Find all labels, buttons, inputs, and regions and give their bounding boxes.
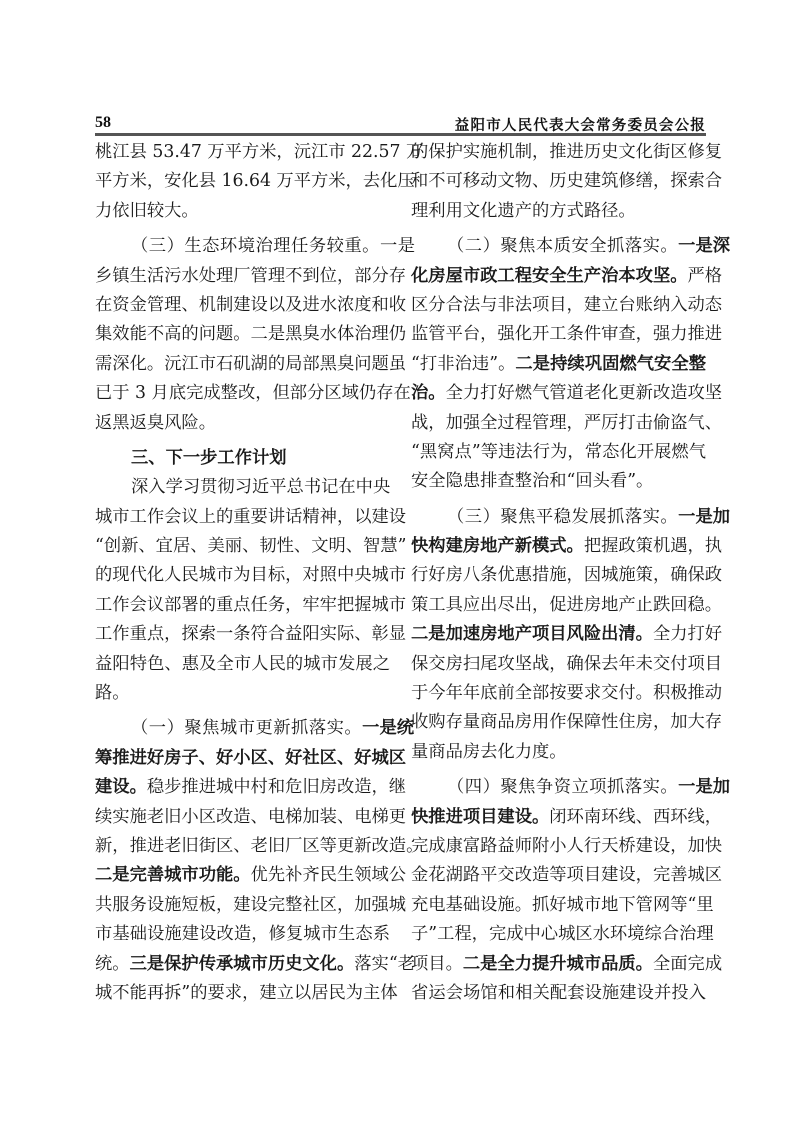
text-line: 充电基础设施。抓好城市地下管网等“里 [411, 891, 706, 920]
bold-phrase: 建设。 [95, 777, 147, 797]
bold-phrase: 三是保护传承城市历史文化。 [130, 954, 355, 974]
text-line: 收购存量商品房用作保障性住房，加大存 [411, 708, 706, 737]
text-line: 工作重点，探索一条符合益阳实际、彰显 [95, 620, 390, 649]
text-line: 省运会场馆和相关配套设施建设并投入 [411, 979, 706, 1008]
subsection-heading: （四）聚焦争资立项抓落实。 [447, 777, 678, 797]
text-line: 战，加强全过程管理，严厉打击偷盗气、 [411, 409, 706, 438]
text-line: 化房屋市政工程安全生产治本攻坚。严格 [411, 262, 706, 291]
subsection-heading: （三）聚焦平稳发展抓落实。 [447, 507, 678, 527]
text-line: 快构建房地产新模式。把握政策机遇，执 [411, 532, 706, 561]
text-line: 平方米，安化县 16.64 万平方米，去化压 [95, 167, 390, 196]
text-span: 把握政策机遇，执 [584, 536, 722, 556]
text-line: 行好房八条优惠措施，因城施策，确保政 [411, 561, 706, 590]
text-line: “打非治违”。二是持续巩固燃气安全整 [411, 350, 706, 379]
journal-title: 益阳市人民代表大会常务委员会公报 [455, 114, 706, 135]
text-span: 全力打好燃气管道老化更新改造攻坚 [446, 383, 723, 403]
bold-phrase: 快推进项目建设。 [411, 807, 549, 827]
section-heading-3: （三）生态环境治理任务较重。一是 [95, 232, 390, 261]
text-span: 落实“老 [354, 954, 415, 974]
text-line: （三）聚焦平稳发展抓落实。一是加 [411, 503, 706, 532]
text-line: 深入学习贯彻习近平总书记在中央 [95, 473, 390, 502]
page-header: 58 益阳市人民代表大会常务委员会公报 [95, 112, 706, 134]
text-line: 安全隐患排查整治和“回头看”。 [411, 467, 706, 496]
text-line: 二是加速房地产项目风险出清。全力打好 [411, 620, 706, 649]
bold-phrase: 一是统 [362, 718, 414, 738]
section-heading: 三、下一步工作计划 [95, 444, 390, 473]
text-line: 在资金管理、机制建设以及进水浓度和收 [95, 291, 390, 320]
text-span: 优先补齐民生领域公 [251, 865, 407, 885]
text-line: 力依旧较大。 [95, 197, 390, 226]
text-line: 返黑返臭风险。 [95, 409, 390, 438]
bold-phrase: 化房屋市政工程安全生产治本攻坚。 [411, 266, 688, 286]
text-line: 建设。稳步推进城中村和危旧房改造，继 [95, 773, 390, 802]
text-line: 统。三是保护传承城市历史文化。落实“老 [95, 950, 390, 979]
text-span: 全力打好 [653, 624, 722, 644]
subsection-heading: （一）聚焦城市更新抓落实。 [131, 718, 362, 738]
text-line: “创新、宜居、美丽、韧性、文明、智慧” [95, 532, 390, 561]
right-column: 的保护实施机制，推进历史文化街区修复 和不可移动文物、历史建筑修缮，探索合 理利… [411, 138, 706, 1008]
text-line: （四）聚焦争资立项抓落实。一是加 [411, 773, 706, 802]
text-line: 二是完善城市功能。优先补齐民生领域公 [95, 861, 390, 890]
text-line: （二）聚焦本质安全抓落实。一是深 [411, 232, 706, 261]
text-line: 集效能不高的问题。二是黑臭水体治理仍 [95, 320, 390, 349]
text-line: 已于 3 月底完成整改，但部分区域仍存在 [95, 379, 390, 408]
text-line: 共服务设施短板，建设完整社区，加强城 [95, 891, 390, 920]
text-span: “打非治违”。 [411, 354, 515, 374]
text-span: 闭环南环线、西环线， [549, 807, 722, 827]
text-span: 项目。 [411, 954, 463, 974]
text-line: 完成康富路益师附小人行天桥建设，加快 [411, 832, 706, 861]
text-line: “黑窝点”等违法行为，常态化开展燃气 [411, 438, 706, 467]
text-line: 快推进项目建设。闭环南环线、西环线， [411, 803, 706, 832]
text-span: 严格 [688, 266, 723, 286]
text-line: 城不能再拆”的要求，建立以居民为主体 [95, 979, 390, 1008]
page-number: 58 [95, 114, 111, 132]
text-line: 益阳特色、惠及全市人民的城市发展之 [95, 650, 390, 679]
text-line: （一）聚焦城市更新抓落实。一是统 [95, 714, 390, 743]
text-line: 的保护实施机制，推进历史文化街区修复 [411, 138, 706, 167]
text-span: 稳步推进城中村和危旧房改造，继 [147, 777, 406, 797]
text-line: 市基础设施建设改造，修复城市生态系 [95, 920, 390, 949]
text-line: 理利用文化遗产的方式路径。 [411, 197, 706, 226]
bold-phrase: 二是持续巩固燃气安全整 [515, 354, 706, 374]
text-line: 工作会议部署的重点任务，牢牢把握城市 [95, 591, 390, 620]
text-line: 治。全力打好燃气管道老化更新改造攻坚 [411, 379, 706, 408]
text-line: 金花湖路平交改造等项目建设，完善城区 [411, 861, 706, 890]
bold-line: 筹推进好房子、好小区、好社区、好城区 [95, 744, 390, 773]
text-line: 路。 [95, 679, 390, 708]
text-line: 续实施老旧小区改造、电梯加装、电梯更 [95, 803, 390, 832]
text-line: 区分合法与非法项目，建立台账纳入动态 [411, 291, 706, 320]
text-line: 子”工程，完成中心城区水环境综合治理 [411, 920, 706, 949]
bold-phrase: 一是加 [678, 777, 730, 797]
text-line: 桃江县 53.47 万平方米，沅江市 22.57 万 [95, 138, 390, 167]
bold-phrase: 二是完善城市功能。 [95, 865, 251, 885]
text-line: 新，推进老旧街区、老旧厂区等更新改造。 [95, 832, 390, 861]
text-span: 统。 [95, 954, 130, 974]
text-line: 量商品房去化力度。 [411, 738, 706, 767]
text-line: 和不可移动文物、历史建筑修缮，探索合 [411, 167, 706, 196]
text-line: 城市工作会议上的重要讲话精神，以建设 [95, 503, 390, 532]
text-line: 于今年年底前全部按要求交付。积极推动 [411, 679, 706, 708]
bold-phrase: 二是全力提升城市品质。 [463, 954, 653, 974]
bold-phrase: 二是加速房地产项目风险出清。 [411, 624, 653, 644]
text-line: 的现代化人民城市为目标，对照中央城市 [95, 561, 390, 590]
subsection-heading: （二）聚焦本质安全抓落实。 [447, 236, 678, 256]
text-line: 需深化。沅江市石矶湖的局部黑臭问题虽 [95, 350, 390, 379]
text-line: 监管平台，强化开工条件审查，强力推进 [411, 320, 706, 349]
text-span: 全面完成 [653, 954, 722, 974]
header-rule [95, 133, 706, 136]
left-column: 桃江县 53.47 万平方米，沅江市 22.57 万 平方米，安化县 16.64… [95, 138, 390, 1008]
text-line: 策工具应出尽出，促进房地产止跌回稳。 [411, 591, 706, 620]
text-line: 乡镇生活污水处理厂管理不到位，部分存 [95, 262, 390, 291]
bold-phrase: 一是深 [678, 236, 730, 256]
text-line: 项目。二是全力提升城市品质。全面完成 [411, 950, 706, 979]
bold-phrase: 一是加 [678, 507, 730, 527]
text-line: 保交房扫尾攻坚战，确保去年未交付项目 [411, 650, 706, 679]
bold-phrase: 快构建房地产新模式。 [411, 536, 584, 556]
bold-phrase: 治。 [411, 383, 446, 403]
